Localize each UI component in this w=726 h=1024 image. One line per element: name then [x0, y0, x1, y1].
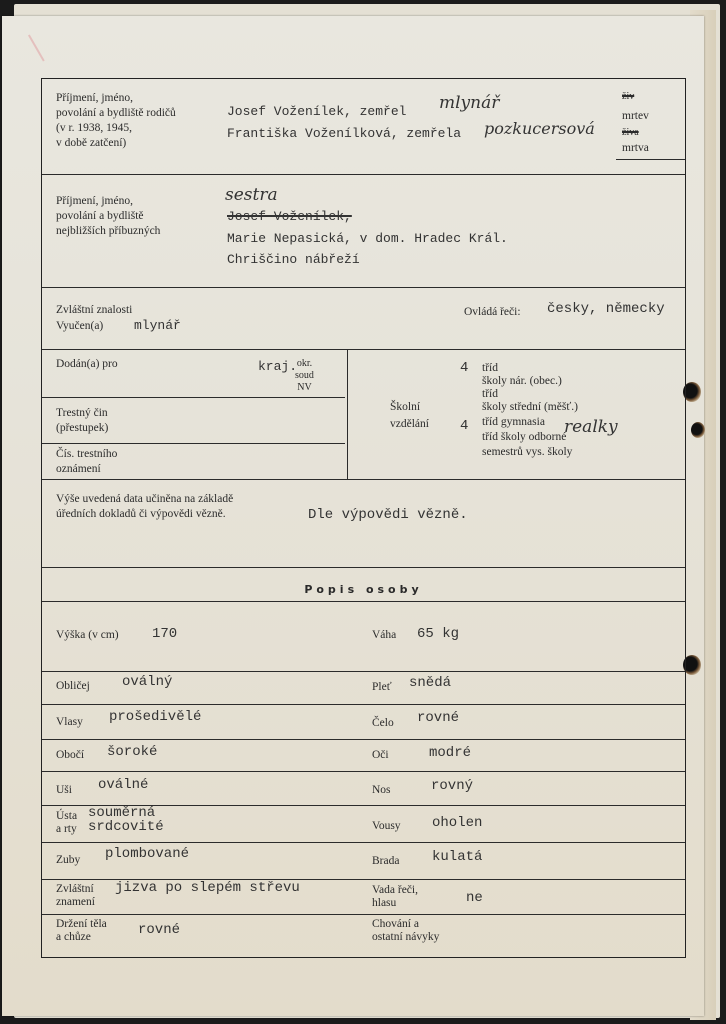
education-label: Školní vzdělání	[390, 399, 429, 433]
languages-value: česky, německy	[547, 300, 665, 319]
father-occupation-handwritten: mlynář	[439, 93, 499, 113]
relation-handwritten: sestra	[225, 185, 278, 205]
source-value: Dle výpovědi vězně.	[308, 506, 468, 525]
report-number-label: Čís. trestního oznámení	[56, 447, 117, 477]
relative-line-1: Marie Nepasická, v dom. Hradec Král.	[227, 229, 508, 248]
divider	[42, 771, 685, 772]
crime-label: Trestný čin (přestupek)	[56, 406, 108, 436]
complexion-value: snědá	[409, 674, 451, 693]
weight-label: Váha	[372, 628, 396, 643]
divider	[42, 479, 685, 480]
marks-value: jizva po slepém střevu	[115, 879, 300, 898]
nose-label: Nos	[372, 783, 391, 798]
eyes-label: Oči	[372, 748, 389, 763]
divider	[42, 567, 685, 568]
divider	[42, 397, 345, 398]
mother-name-handwritten: pozkucersová	[484, 119, 595, 138]
height-label: Výška (v cm)	[56, 628, 119, 643]
speech-defect-value: ne	[466, 889, 483, 908]
beard-label: Vousy	[372, 819, 401, 834]
face-label: Obličej	[56, 679, 90, 694]
forehead-value: rovné	[417, 709, 459, 728]
delivered-typed: kraj.	[258, 357, 297, 376]
ears-value: oválné	[98, 776, 148, 795]
punch-hole-icon	[691, 422, 705, 438]
height-value: 170	[152, 625, 177, 644]
eyebrows-label: Obočí	[56, 748, 84, 763]
status-divider	[616, 159, 685, 160]
divider	[42, 914, 685, 915]
struck-relative: Josef Voženílek,	[227, 207, 352, 226]
divider	[42, 349, 685, 350]
beard-value: oholen	[432, 814, 482, 833]
hair-label: Vlasy	[56, 715, 83, 730]
chin-value: kulatá	[432, 848, 482, 867]
teeth-label: Zuby	[56, 853, 80, 868]
divider	[42, 443, 345, 444]
status-father-dead: mrtev	[622, 109, 649, 124]
prisoner-record-form: Příjmení, jméno, povolání a bydliště rod…	[41, 78, 686, 958]
eyes-value: modré	[429, 744, 471, 763]
parents-label: Příjmení, jméno, povolání a bydliště rod…	[56, 91, 176, 151]
speech-defect-label: Vada řeči, hlasu	[372, 884, 418, 910]
posture-value: rovné	[138, 921, 180, 940]
divider	[42, 287, 685, 288]
source-label: Výše uvedená data učiněna na základě úře…	[56, 492, 233, 522]
status-mother-dead: mrtva	[622, 141, 649, 156]
education-row: tříd školy nár. (obec.) tříd školy střed…	[482, 362, 578, 459]
chin-label: Brada	[372, 854, 399, 869]
divider	[42, 671, 685, 672]
status-struck-alive: živ	[622, 89, 634, 104]
languages-label: Ovládá řeči:	[464, 305, 521, 320]
trained-value: mlynář	[134, 316, 181, 335]
status-struck-alive-f: živa	[622, 125, 639, 140]
delivered-label: Dodán(a) pro	[56, 357, 118, 372]
trained-label: Vyučen(a)	[56, 319, 103, 334]
primary-school-years: 4	[460, 359, 468, 378]
divider	[42, 739, 685, 740]
divider	[42, 842, 685, 843]
hair-value: prošedivělé	[109, 708, 201, 727]
mouth-label: Ústa a rty	[56, 810, 77, 836]
complexion-label: Pleť	[372, 680, 392, 695]
gymnasium-years: 4	[460, 417, 468, 436]
description-title: Popis osoby	[42, 583, 685, 596]
nose-value: rovný	[431, 777, 473, 796]
behavior-label: Chování a ostatní návyky	[372, 918, 439, 944]
father-entry: Josef Voženílek, zemřel	[227, 102, 406, 121]
divider	[42, 174, 685, 175]
relative-line-2: Chriščino nábřeží	[227, 250, 360, 269]
ears-label: Uši	[56, 783, 72, 798]
forehead-label: Čelo	[372, 716, 394, 731]
realka-handwritten: realky	[564, 417, 618, 437]
mouth-value: souměrná srdcovité	[88, 806, 164, 834]
eyebrows-value: šoroké	[107, 743, 157, 762]
column-divider	[347, 349, 348, 479]
posture-label: Držení těla a chůze	[56, 918, 107, 944]
relatives-label: Příjmení, jméno, povolání a bydliště nej…	[56, 194, 160, 239]
delivered-options: okr. soud NV	[295, 358, 314, 394]
marks-label: Zvláštní znamení	[56, 883, 95, 909]
divider	[42, 704, 685, 705]
weight-value: 65 kg	[417, 625, 459, 644]
face-value: oválný	[122, 673, 172, 692]
mother-entry: Františka Voženílková, zemřela	[227, 124, 461, 143]
teeth-value: plombované	[105, 845, 189, 864]
special-knowledge-label: Zvláštní znalosti	[56, 303, 132, 318]
divider	[42, 601, 685, 602]
